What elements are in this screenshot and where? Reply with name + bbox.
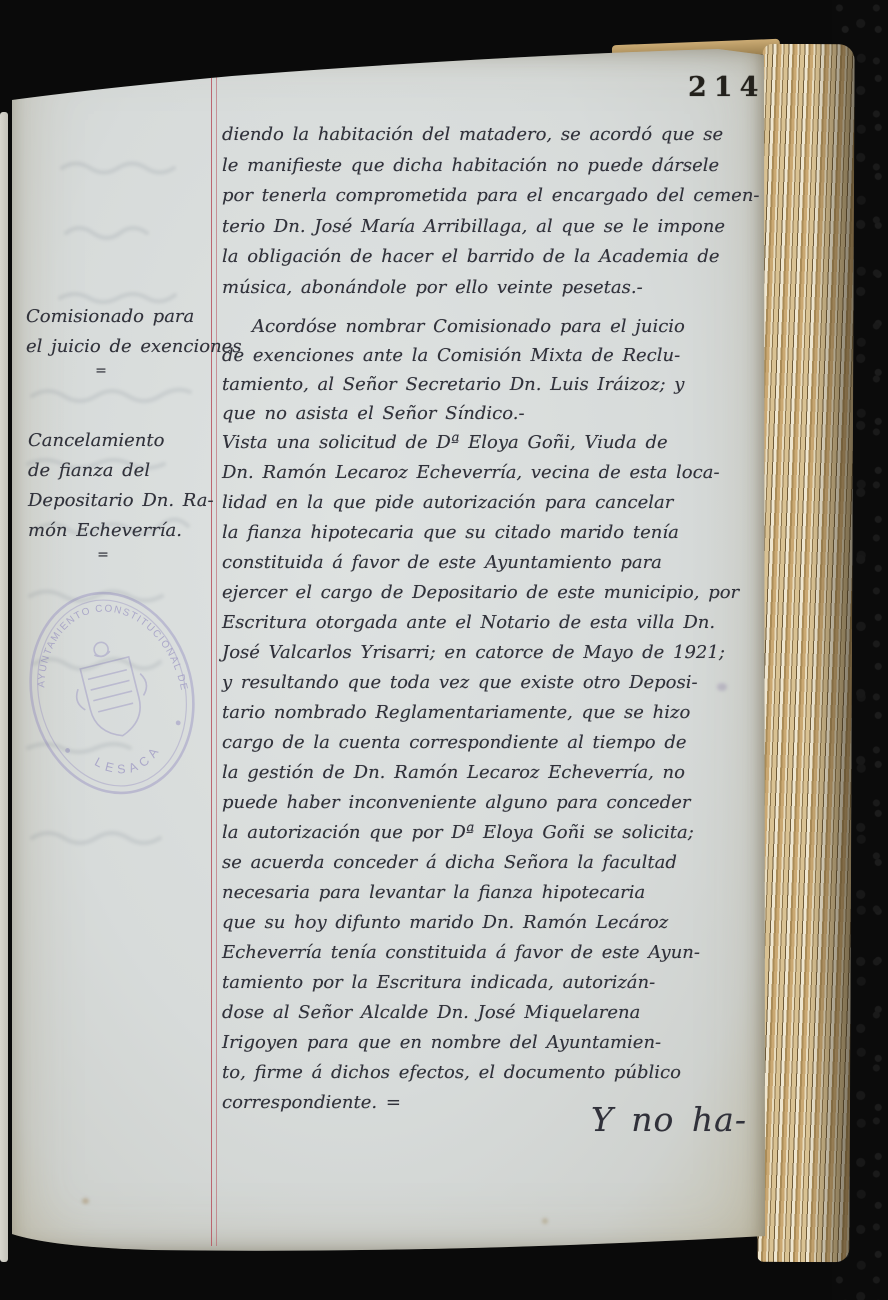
stacked-page-edges — [757, 44, 854, 1262]
text-line: Escritura otorgada ante el Notario de es… — [222, 608, 762, 638]
book-scan: 214 — [0, 0, 888, 1300]
text-line: la gestión de Dn. Ramón Lecaroz Echeverr… — [222, 758, 762, 788]
text-line: que no asista el Señor Síndico.- — [222, 399, 762, 428]
text-line: la obligación de hacer el barrido de la … — [222, 242, 762, 273]
text-line: dose al Señor Alcalde Dn. José Miquelare… — [222, 998, 762, 1028]
closing-flourish: Y no ha- — [222, 1100, 747, 1139]
text-line: necesaria para levantar la fianza hipote… — [222, 878, 762, 908]
text-line: puede haber inconveniente alguno para co… — [222, 788, 762, 818]
paragraph-comisionado: Acordóse nombrar Comisionado para el jui… — [222, 312, 762, 428]
text-line: cargo de la cuenta correspondiente al ti… — [222, 728, 762, 758]
paragraph-matadero: diendo la habitación del matadero, se ac… — [222, 120, 762, 303]
text-line: por tenerla comprometida para el encarga… — [222, 181, 762, 212]
text-line: le manifieste que dicha habitación no pu… — [222, 151, 762, 182]
opposite-page-edge — [0, 112, 8, 1262]
text-line: Irigoyen para que en nombre del Ayuntami… — [222, 1028, 762, 1058]
text-line: de exenciones ante la Comisión Mixta de … — [222, 341, 762, 370]
text-line: música, abonándole por ello veinte peset… — [222, 273, 762, 304]
text-line: terio Dn. José María Arribillaga, al que… — [222, 212, 762, 243]
text-line: que su hoy difunto marido Dn. Ramón Lecá… — [222, 908, 762, 938]
stain — [717, 683, 727, 691]
bleed-through-ghost-text — [18, 368, 214, 928]
page-number-stamp: 214 — [688, 72, 765, 103]
margin-note-line: el juicio de exenciones — [26, 332, 206, 362]
text-line: Echeverría tenía constituida á favor de … — [222, 938, 762, 968]
text-line: Acordóse nombrar Comisionado para el jui… — [222, 312, 762, 341]
text-line: se acuerda conceder á dicha Señora la fa… — [222, 848, 762, 878]
text-line: la autorización que por Dª Eloya Goñi se… — [222, 818, 762, 848]
text-line: ejercer el cargo de Depositario de este … — [222, 578, 762, 608]
text-line: constituida á favor de este Ayuntamiento… — [222, 548, 762, 578]
text-line: Dn. Ramón Lecaroz Echeverría, vecina de … — [222, 458, 762, 488]
text-line: tamiento, al Señor Secretario Dn. Luis I… — [222, 370, 762, 399]
stain — [82, 1198, 89, 1204]
text-line: tamiento por la Escritura indicada, auto… — [222, 968, 762, 998]
text-line: lidad en la que pide autorización para c… — [222, 488, 762, 518]
text-line: diendo la habitación del matadero, se ac… — [222, 120, 762, 151]
text-line: tario nombrado Reglamentariamente, que s… — [222, 698, 762, 728]
manuscript-page: 214 — [12, 38, 766, 1256]
bleed-through-ghost-text — [52, 138, 202, 328]
text-line: Vista una solicitud de Dª Eloya Goñi, Vi… — [222, 428, 762, 458]
text-line: to, firme á dichos efectos, el documento… — [222, 1058, 762, 1088]
stain — [542, 1218, 548, 1224]
paragraph-cancelamiento: Vista una solicitud de Dª Eloya Goñi, Vi… — [222, 428, 762, 1118]
text-line: la fianza hipotecaria que su citado mari… — [222, 518, 762, 548]
text-line: José Valcarlos Yrisarri; en catorce de M… — [222, 638, 762, 668]
text-line: y resultando que toda vez que existe otr… — [222, 668, 762, 698]
